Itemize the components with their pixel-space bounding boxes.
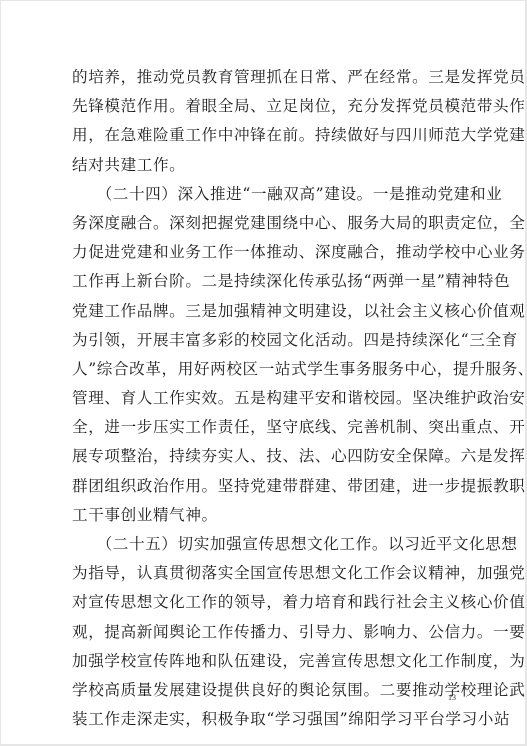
section-heading-line: （二十五）切实加强宣传思想文化工作。以习近平文化思想 (72, 530, 460, 559)
text-line: 学校高质量发展建设提供良好的舆论氛围。二要推动学校理论武 (72, 676, 460, 705)
text-line: 观，提高新闻舆论工作传播力、引导力、影响力、公信力。一要 (72, 618, 460, 647)
text-line: 工作再上新台阶。二是持续深化传承弘扬“两弹一星”精神特色 (72, 267, 460, 296)
text-line: 展专项整治，持续夯实人、技、法、心四防安全保障。六是发挥 (72, 442, 460, 471)
page-number: 13 (448, 693, 456, 702)
document-page: 的培养，推动党员教育管理抓在日常、严在经常。三是发挥党员 先锋模范作用。着眼全局… (1, 1, 525, 744)
body-text: 的培养，推动党员教育管理抓在日常、严在经常。三是发挥党员 先锋模范作用。着眼全局… (72, 63, 460, 734)
text-line: 管理、育人工作实效。五是构建平安和谐校园。坚决维护政治安 (72, 384, 460, 413)
text-line: 党建工作品牌。三是加强精神文明建设，以社会主义核心价值观 (72, 297, 460, 326)
text-line: 为引领，开展丰富多彩的校园文化活动。四是持续深化“三全育 (72, 326, 460, 355)
text-line: 力促进党建和业务工作一体推动、深度融合，推动学校中心业务 (72, 238, 460, 267)
text-line: 加强学校宣传阵地和队伍建设，完善宣传思想文化工作制度，为 (72, 647, 460, 676)
text-line: 务深度融合。深刻把握党建围绕中心、服务大局的职责定位，全 (72, 209, 460, 238)
text-line: 人”综合改革，用好两校区一站式学生事务服务中心，提升服务、 (72, 355, 460, 384)
text-line: 结对共建工作。 (72, 151, 460, 180)
text-line: 装工作走深走实，积极争取“学习强国”绵阳学习平台学习小站 (72, 705, 460, 734)
section-heading-line: （二十四）深入推进“一融双高”建设。一是推动党建和业 (72, 180, 460, 209)
text-line: 用，在急难险重工作中冲锋在前。持续做好与四川师范大学党建 (72, 121, 460, 150)
text-line: 的培养，推动党员教育管理抓在日常、严在经常。三是发挥党员 (72, 63, 460, 92)
text-line: 工干事创业精气神。 (72, 501, 460, 530)
text-line: 为指导，认真贯彻落实全国宣传思想文化工作会议精神，加强党 (72, 559, 460, 588)
text-line: 对宣传思想文化工作的领导，着力培育和践行社会主义核心价值 (72, 588, 460, 617)
text-line: 先锋模范作用。着眼全局、立足岗位，充分发挥党员模范带头作 (72, 92, 460, 121)
text-line: 群团组织政治作用。坚持党建带群建、带团建，进一步提振教职 (72, 472, 460, 501)
text-line: 全，进一步压实工作责任，坚守底线、完善机制、突出重点、开 (72, 413, 460, 442)
